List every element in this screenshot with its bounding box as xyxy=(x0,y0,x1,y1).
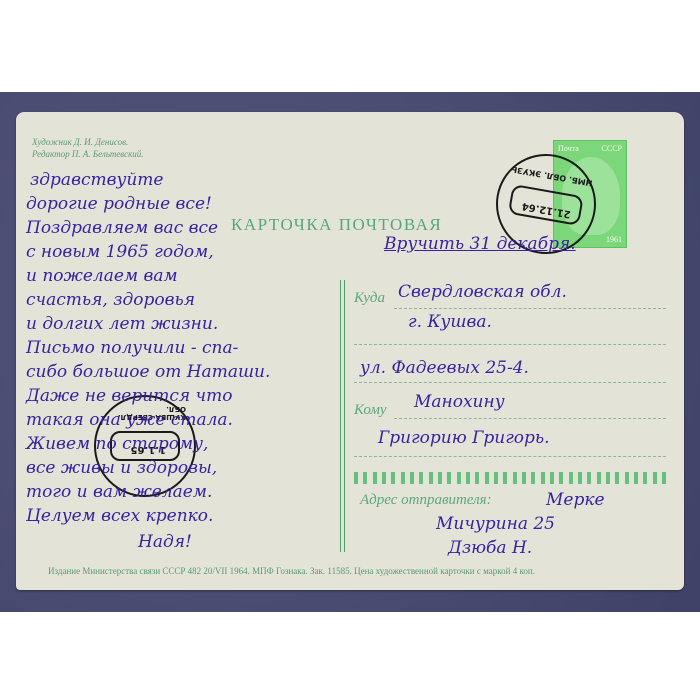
index-bars xyxy=(354,472,666,484)
message-line: все живы и здоровы, xyxy=(26,458,217,478)
stamp-country: СССР xyxy=(602,144,622,153)
credits: Художник Д. И. Денисов. Редактор П. А. Б… xyxy=(32,136,144,160)
message-line: Живем по старому, xyxy=(26,434,208,454)
message-line: сибо большое от Наташи. xyxy=(26,362,270,382)
divider-line xyxy=(344,280,345,552)
stamp-label: Почта xyxy=(558,144,579,153)
editor-credit: Редактор П. А. Бельтевский. xyxy=(32,148,144,160)
message-signature: Надя! xyxy=(138,532,192,552)
artist-credit: Художник Д. И. Денисов. xyxy=(32,136,144,148)
address-line xyxy=(354,382,666,383)
message-line: Поздравляем вас все xyxy=(26,218,218,238)
delivery-note: Вручить 31 декабря. xyxy=(384,234,576,254)
message-line: счастья, здоровья xyxy=(26,290,195,310)
message-line: Письмо получили - спа- xyxy=(26,338,238,358)
address-line xyxy=(354,344,666,345)
sender-line-3: Дзюба Н. xyxy=(448,538,532,558)
label-to-whom: Кому xyxy=(354,402,387,419)
address-line xyxy=(354,456,666,457)
message-line: дорогие родные все! xyxy=(26,194,212,214)
message-line: такая она уже стала. xyxy=(26,410,233,430)
message-line: и долгих лет жизни. xyxy=(26,314,218,334)
address-line xyxy=(394,308,666,309)
message-line: и пожелаем вам xyxy=(26,266,178,286)
address-line xyxy=(394,418,666,419)
address-street: ул. Фадеевых 25-4. xyxy=(360,358,529,378)
publisher-imprint: Издание Министерства связи СССР 482 20/V… xyxy=(48,566,535,576)
divider-line xyxy=(340,280,341,552)
sender-line-2: Мичурина 25 xyxy=(436,514,555,534)
label-sender: Адрес отправителя: xyxy=(360,492,492,509)
postcard-title: КАРТОЧКА ПОЧТОВАЯ xyxy=(231,215,442,235)
postcard: Художник Д. И. Денисов. Редактор П. А. Б… xyxy=(16,112,684,590)
message-line: здравствуйте xyxy=(30,170,164,190)
message-line: Целуем всех крепко. xyxy=(26,506,213,526)
sender-line-1: Мерке xyxy=(546,490,605,510)
recipient-surname: Манохину xyxy=(414,392,505,412)
label-to-where: Куда xyxy=(354,290,385,307)
stamp-year: 1961 xyxy=(606,235,622,244)
message-line: того и вам желаем. xyxy=(26,482,212,502)
message-line: Даже не верится что xyxy=(26,386,232,406)
address-city: г. Кушва. xyxy=(408,312,492,332)
message-line: с новым 1965 годом, xyxy=(26,242,214,262)
address-region: Свердловская обл. xyxy=(398,282,567,302)
postmark-place: НМБ. ОБЛ. ЭКУЗЬ xyxy=(510,165,593,188)
recipient-name: Григорию Григорь. xyxy=(378,428,550,448)
